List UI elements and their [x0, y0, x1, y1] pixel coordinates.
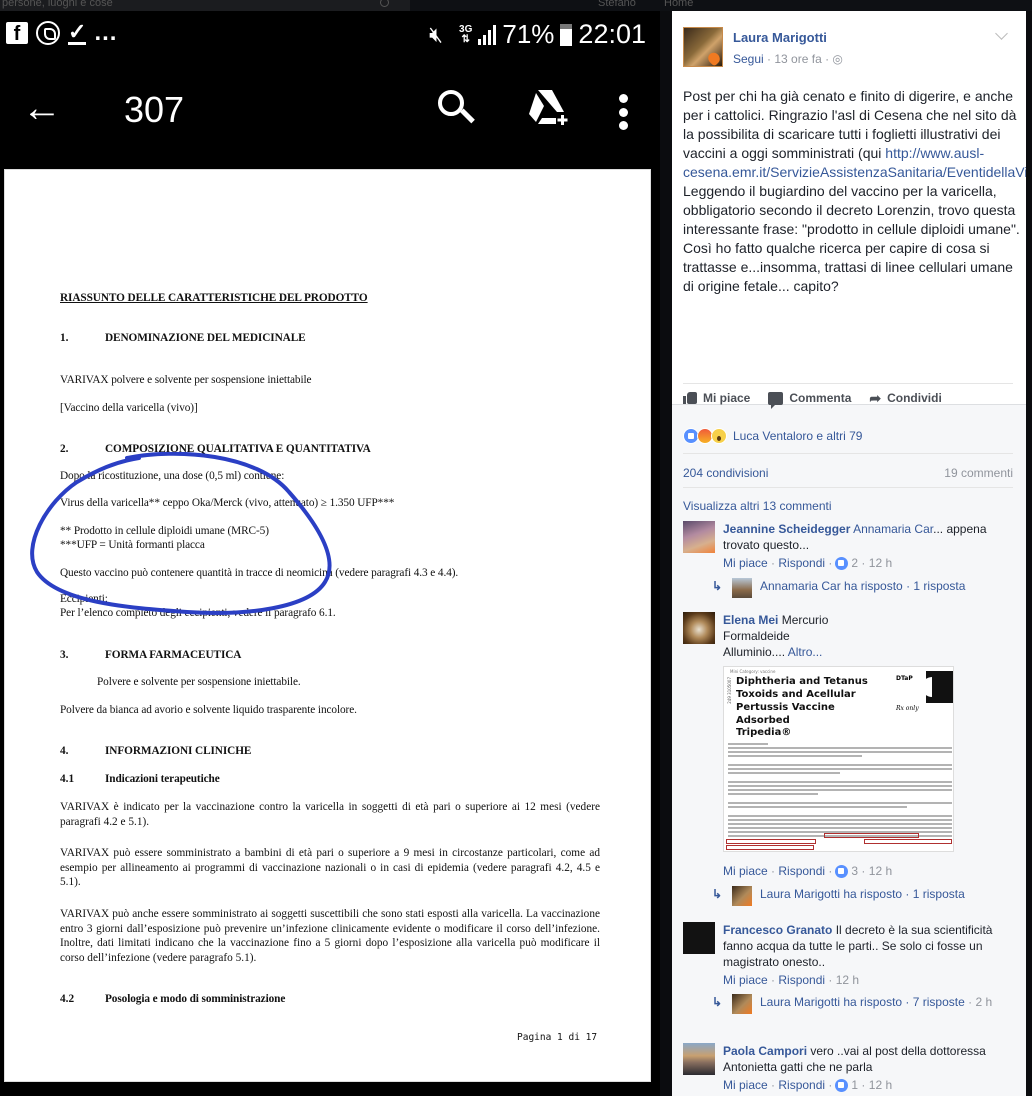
comment-reply-button[interactable]: Rispondi [778, 863, 825, 879]
battery-percent: 71% [502, 19, 554, 50]
post-time[interactable]: 13 ore fa [774, 52, 821, 66]
comment-button[interactable]: Commenta [768, 391, 851, 405]
public-globe-icon: ◎ [832, 52, 842, 66]
post-text: Post per chi ha già cenato e finito di d… [683, 87, 1021, 296]
status-bar: f ✓ ... 🔇︎ 3G⇅ 71% 22:01 [0, 11, 660, 61]
network-type: 3G⇅ [459, 25, 472, 45]
facebook-post-panel: Laura Marigotti Segui · 13 ore fa · ◎ Po… [672, 11, 1026, 1096]
attachment-body-text [728, 743, 952, 839]
background-home-link: Home [664, 0, 693, 9]
reply-arrow-icon: ↳ [712, 886, 724, 902]
thumbs-up-icon [683, 392, 697, 404]
follow-button[interactable]: Segui [733, 52, 764, 66]
comment-author[interactable]: Francesco Granato [723, 923, 832, 937]
highlighted-line: ** Prodotto in cellule diploidi umane (M… [60, 525, 269, 537]
pdf-page: RIASSUNTO DELLE CARATTERISTICHE DEL PROD… [4, 169, 651, 1082]
commenter-avatar[interactable] [683, 521, 715, 553]
post-meta: Segui · 13 ore fa · ◎ [733, 52, 843, 66]
author-avatar[interactable] [683, 27, 723, 67]
page-footer: Pagina 1 di 17 [517, 1032, 597, 1043]
shares-count[interactable]: 204 condivisioni [683, 466, 768, 480]
share-button[interactable]: ➦Condividi [869, 391, 941, 405]
chevron-down-icon[interactable] [995, 27, 1008, 40]
commenter-avatar[interactable] [683, 922, 715, 954]
share-arrow-icon: ➦ [869, 392, 881, 404]
comment-attachment-image[interactable]: Mini Category: vaccine 249 3105007 Dipht… [723, 666, 954, 852]
section-4-1-title: Indicazioni terapeutiche [105, 773, 220, 785]
replier-avatar [732, 994, 752, 1014]
comment-mention[interactable]: Annamaria Car [853, 522, 933, 536]
view-more-comments-link[interactable]: Visualizza altri 13 commenti [683, 499, 832, 513]
reactions-summary[interactable]: Luca Ventaloro e altri 79 [683, 428, 862, 444]
reply-arrow-icon: ↳ [712, 994, 724, 1010]
background-user-name: Stefano [598, 0, 636, 9]
background-browser-strip: persone, luoghi e cose Stefano Home [0, 0, 1032, 11]
whatsapp-icon [36, 21, 60, 45]
drive-add-icon[interactable] [526, 88, 570, 128]
section-4-2-title: Posologia e modo di somministrazione [105, 993, 285, 1005]
manufacturer-logo [926, 671, 954, 703]
doc-heading: RIASSUNTO DELLE CARATTERISTICHE DEL PROD… [60, 292, 368, 304]
section-3-title: FORMA FARMACEUTICA [105, 649, 241, 661]
background-search-placeholder: persone, luoghi e cose [2, 0, 113, 9]
see-more-link[interactable]: Altro... [788, 645, 823, 659]
like-reaction-icon [835, 557, 848, 570]
post-stats: 204 condivisioni 19 commenti [683, 466, 1013, 480]
search-icon[interactable] [438, 90, 472, 130]
replies-link[interactable]: ↳ Laura Marigotti ha risposto · 7 rispos… [712, 994, 1005, 1014]
reply-arrow-icon: ↳ [712, 578, 724, 594]
comment-like-button[interactable]: Mi piace [723, 972, 768, 988]
overflow-menu-icon[interactable] [618, 94, 628, 130]
comment-like-button[interactable]: Mi piace [723, 1077, 768, 1093]
section-4-title: INFORMAZIONI CLINICHE [105, 745, 251, 757]
comment-author[interactable]: Paola Campori [723, 1044, 807, 1058]
clock: 22:01 [578, 19, 646, 50]
replier-avatar [732, 578, 752, 598]
like-reaction-icon [835, 865, 848, 878]
section-1-title: DENOMINAZIONE DEL MEDICINALE [105, 332, 306, 344]
replies-link[interactable]: ↳ Annamaria Car ha risposto · 1 risposta [712, 578, 1005, 598]
signal-icon [478, 25, 496, 45]
background-search-icon [380, 0, 389, 7]
comment-like-button[interactable]: Mi piace [723, 863, 768, 879]
commenter-avatar[interactable] [683, 612, 715, 644]
app-toolbar: ← 307 [0, 66, 660, 156]
download-done-icon: ✓ [68, 21, 86, 45]
wow-reaction-icon [711, 428, 727, 444]
comment-reply-button[interactable]: Rispondi [778, 972, 825, 988]
comment-reply-button[interactable]: Rispondi [778, 555, 825, 571]
comment-like-button[interactable]: Mi piace [723, 555, 768, 571]
comment-author[interactable]: Jeannine Scheidegger [723, 522, 850, 536]
document-title: 307 [124, 90, 184, 130]
post-author[interactable]: Laura Marigotti [733, 30, 827, 45]
like-reaction-icon [835, 1079, 848, 1092]
section-2-title: COMPOSIZIONE QUALITATIVA E QUANTITATIVA [105, 443, 371, 455]
battery-icon [560, 24, 572, 46]
mute-icon: 🔇︎ [429, 22, 443, 48]
more-notifications-icon: ... [94, 23, 117, 43]
phone-pdf-viewer: f ✓ ... 🔇︎ 3G⇅ 71% 22:01 ← 307 [0, 11, 660, 1096]
replier-avatar [732, 886, 752, 906]
back-arrow-icon[interactable]: ← [22, 88, 62, 128]
facebook-icon: f [6, 22, 28, 44]
comment-reply-button[interactable]: Rispondi [778, 1077, 825, 1093]
like-button[interactable]: Mi piace [683, 391, 750, 405]
post-actions: Mi piace Commenta ➦Condividi [683, 391, 942, 405]
comments-count[interactable]: 19 commenti [944, 466, 1013, 480]
comment-icon [768, 392, 783, 405]
comment-author[interactable]: Elena Mei [723, 613, 778, 627]
replies-link[interactable]: ↳ Laura Marigotti ha risposto · 1 rispos… [712, 886, 1005, 906]
commenter-avatar[interactable] [683, 1043, 715, 1075]
post-card: Laura Marigotti Segui · 13 ore fa · ◎ Po… [672, 11, 1026, 405]
